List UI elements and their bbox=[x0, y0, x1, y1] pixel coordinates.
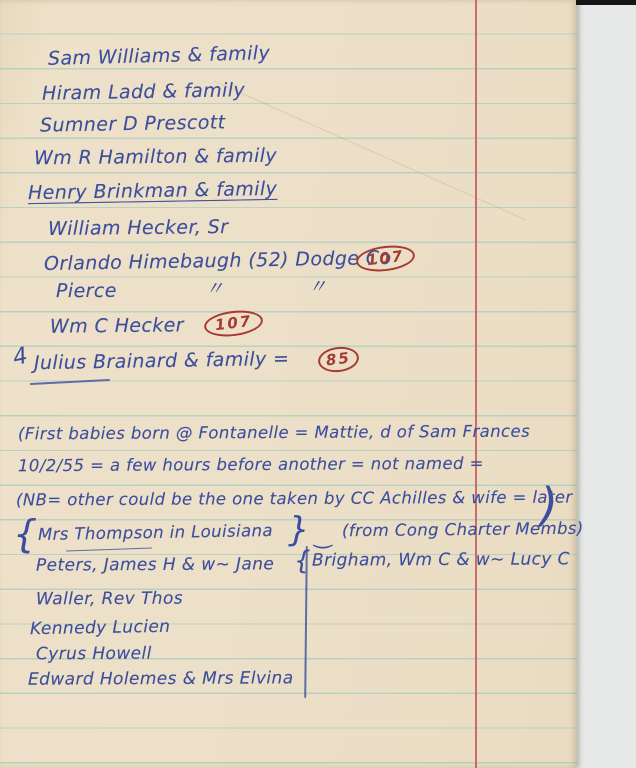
handwritten-line: (NB= other could be the one taken by CC … bbox=[16, 489, 573, 510]
red-margin-line bbox=[475, 0, 477, 768]
scan-black-edge bbox=[576, 0, 636, 5]
handwritten-line: Peters, James H & w~ Jane bbox=[36, 555, 274, 575]
ditto-mark: 〃 bbox=[308, 277, 328, 298]
margin-mark: 4 bbox=[10, 343, 30, 371]
handwritten-line: Hiram Ladd & family bbox=[42, 80, 245, 104]
handwritten-line: Orlando Himebaugh (52) Dodge Co bbox=[44, 248, 392, 275]
handwritten-line: William Hecker, Sr bbox=[48, 217, 229, 240]
handwritten-line: Wm R Hamilton & family bbox=[34, 146, 277, 169]
handwritten-line: Henry Brinkman & family bbox=[28, 179, 278, 204]
column-brace: { bbox=[294, 546, 311, 576]
underline-stroke bbox=[66, 547, 152, 551]
handwritten-line: Pierce bbox=[56, 281, 117, 302]
handwritten-line: Brigham, Wm C & w~ Lucy C bbox=[312, 550, 570, 570]
handwritten-line: Sam Williams & family bbox=[48, 43, 271, 70]
handwritten-line: Cyrus Howell bbox=[36, 645, 152, 664]
red-circle-badge: 107 bbox=[203, 307, 265, 339]
handwritten-line: Mrs Thompson in Louisiana bbox=[38, 522, 273, 544]
handwritten-line: Julius Brainard & family = bbox=[34, 349, 290, 374]
underline-stroke bbox=[30, 379, 110, 385]
handwritten-line: 10/2/55 = a few hours before another = n… bbox=[18, 455, 484, 476]
handwritten-line: Wm C Hecker bbox=[50, 315, 184, 337]
handwritten-line: Waller, Rev Thos bbox=[36, 590, 183, 609]
handwritten-line: (First babies born @ Fontanelle = Mattie… bbox=[18, 423, 530, 444]
handwritten-line: Kennedy Lucien bbox=[30, 618, 171, 639]
handwritten-line: Edward Holemes & Mrs Elvina bbox=[28, 669, 294, 689]
handwritten-line: Sumner D Prescott bbox=[40, 112, 226, 136]
open-brace: { bbox=[13, 512, 37, 556]
close-brace: } bbox=[288, 510, 310, 550]
connector-squiggle: ‿ bbox=[314, 524, 332, 549]
handwritten-line: (from Cong Charter Membs) bbox=[342, 520, 584, 541]
paper-sheet: Sam Williams & family Hiram Ladd & famil… bbox=[0, 0, 577, 768]
red-circle-badge: 85 bbox=[317, 345, 361, 375]
column-divider-stroke bbox=[304, 546, 307, 698]
ditto-mark: 〃 bbox=[205, 279, 225, 300]
